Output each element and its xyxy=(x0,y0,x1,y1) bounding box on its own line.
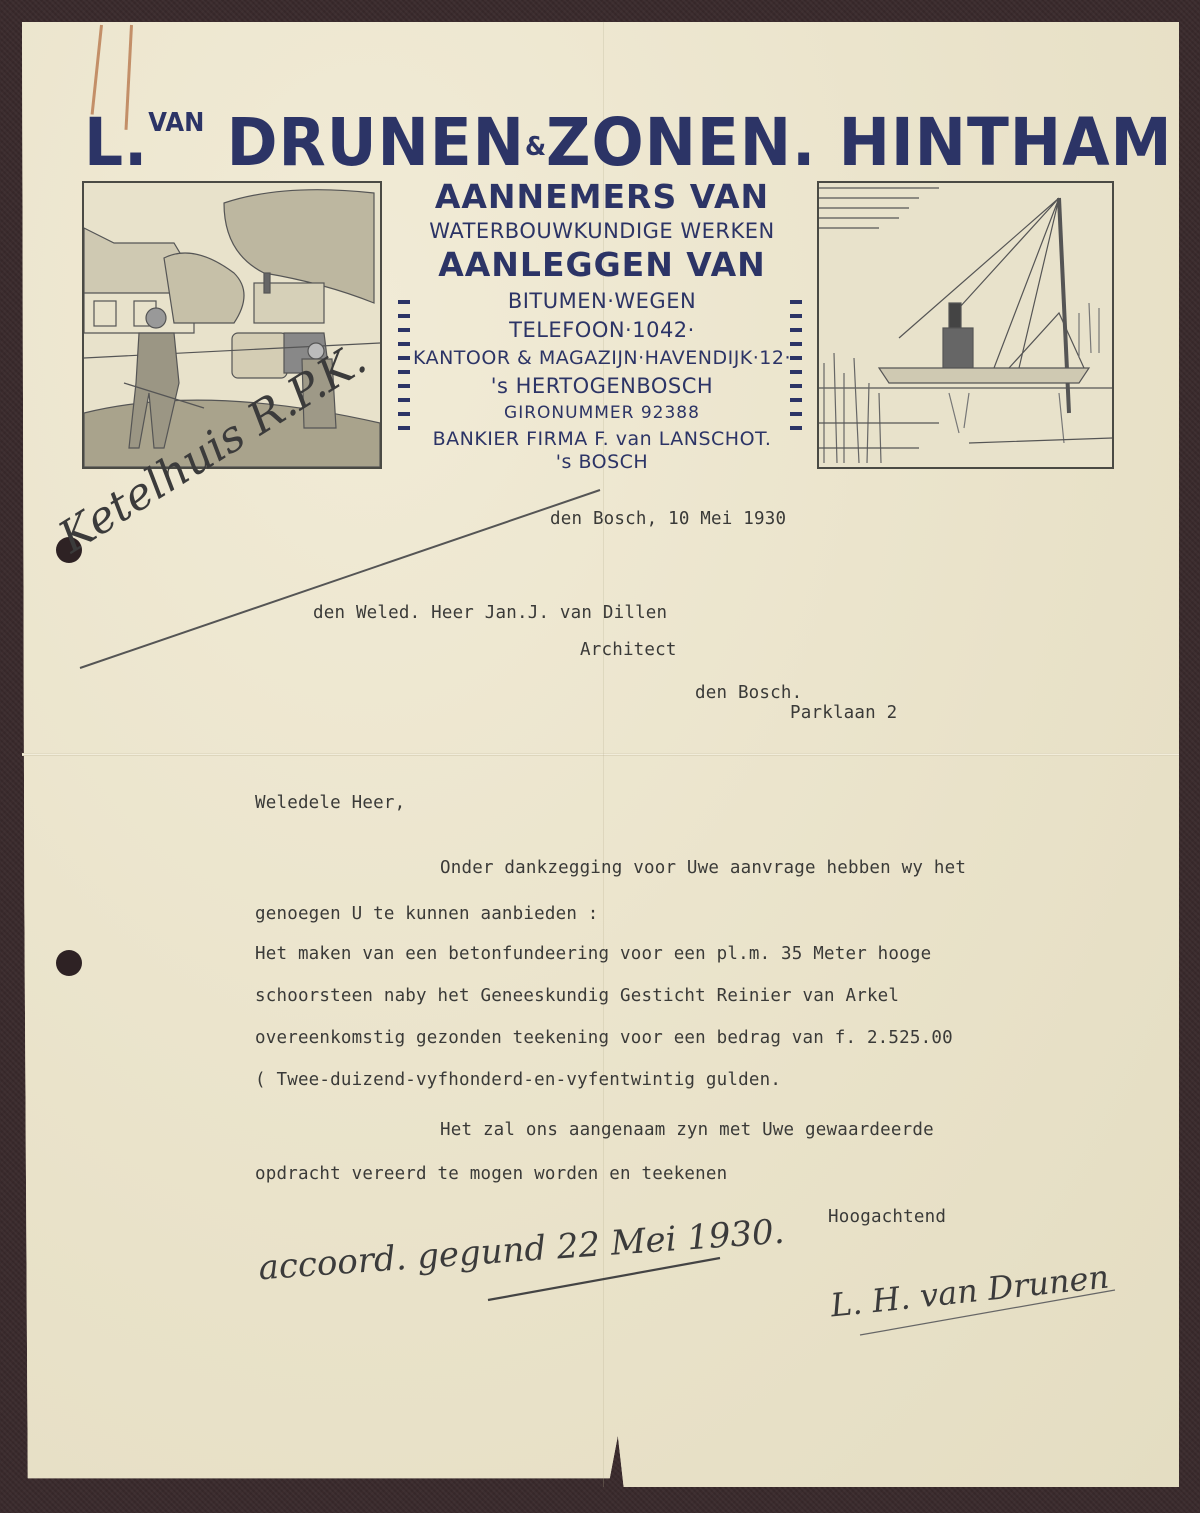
body-line: Het maken van een betonfundeering voor e… xyxy=(255,944,931,964)
body-line-amount-words: ( Twee-duizend-vyfhonderd-en-vyfentwinti… xyxy=(255,1070,781,1090)
recipient-street: Parklaan 2 xyxy=(790,703,897,723)
tagline-construction: AANLEGGEN VAN xyxy=(392,248,812,281)
office-address: KANTOOR & MAGAZIJN·HAVENDIJK·12· xyxy=(392,349,812,368)
place-date: den Bosch, 10 Mei 1930 xyxy=(550,509,786,529)
tagline-contractors: AANNEMERS VAN xyxy=(392,180,812,213)
company-surname: DRUNEN xyxy=(227,104,525,181)
company-location: HINTHAM xyxy=(839,104,1173,181)
pile-driver-illustration xyxy=(817,181,1114,469)
company-van: VAN xyxy=(148,108,204,138)
giro-number: GIRONUMMER 92388 xyxy=(392,405,812,422)
tagline-bitumen-roads: BITUMEN·WEGEN xyxy=(392,291,812,312)
tagline-hydraulic-works: WATERBOUWKUNDIGE WERKEN xyxy=(392,221,812,242)
closing: Hoogachtend xyxy=(828,1207,946,1227)
body-line: opdracht vereerd te mogen worden en teek… xyxy=(255,1164,727,1184)
company-name-heading: L.VAN DRUNEN&ZONEN. HINTHAM xyxy=(84,110,1042,176)
pile-driver-boat-drawing-icon xyxy=(819,183,1112,467)
bank-city: 's BOSCH xyxy=(392,453,812,472)
horizontal-fold-crease xyxy=(22,753,1179,756)
telephone-number: TELEFOON·1042· xyxy=(392,320,812,341)
bank-info: BANKIER FIRMA F. van LANSCHOT. xyxy=(392,430,812,449)
body-line: Onder dankzegging voor Uwe aanvrage hebb… xyxy=(440,858,966,878)
salutation: Weledele Heer, xyxy=(255,793,405,813)
punch-hole-bottom xyxy=(56,950,82,976)
recipient-name: den Weled. Heer Jan.J. van Dillen xyxy=(313,603,667,623)
company-sons: ZONEN. xyxy=(546,104,816,181)
body-line-amount: overeenkomstig gezonden teekening voor e… xyxy=(255,1028,953,1048)
company-initial: L. xyxy=(84,104,148,181)
body-line: Het zal ons aangenaam zyn met Uwe gewaar… xyxy=(440,1120,934,1140)
city-name: 's HERTOGENBOSCH xyxy=(392,376,812,397)
letterhead-details: AANNEMERS VAN WATERBOUWKUNDIGE WERKEN AA… xyxy=(392,180,812,472)
body-line: schoorsteen naby het Geneeskundig Gestic… xyxy=(255,986,899,1006)
recipient-city: den Bosch. xyxy=(695,683,802,703)
body-line: genoegen U te kunnen aanbieden : xyxy=(255,904,599,924)
recipient-title: Architect xyxy=(580,640,677,660)
ampersand: & xyxy=(525,132,546,162)
